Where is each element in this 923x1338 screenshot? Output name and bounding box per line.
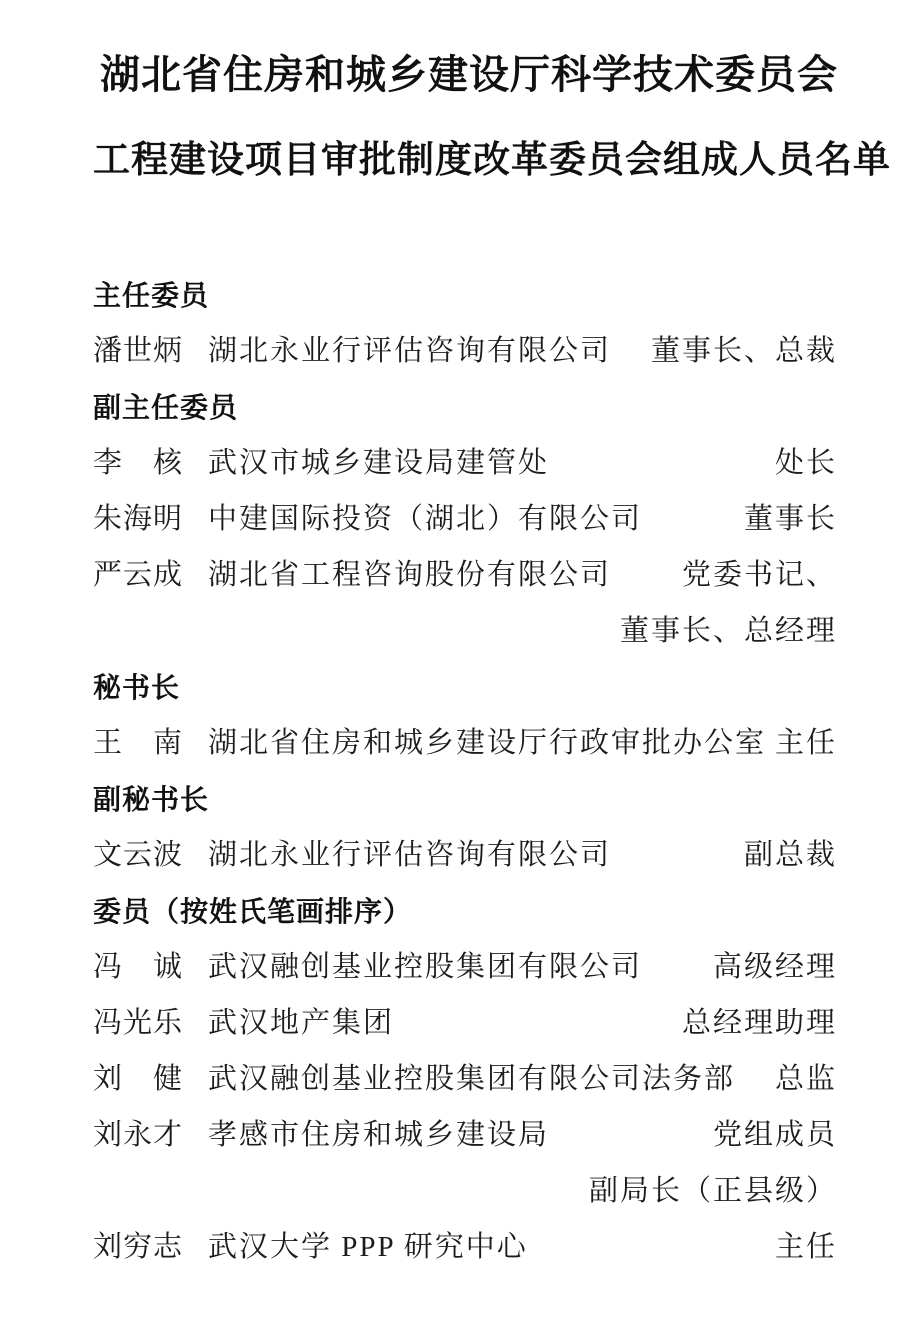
member-position: 董事长、总裁 bbox=[651, 337, 845, 366]
member-row: 王 南 湖北省住房和城乡建设厅行政审批办公室 主任 bbox=[93, 716, 845, 772]
member-organization: 武汉地产集团 bbox=[208, 1009, 682, 1038]
member-position-continuation: 董事长、总经理 bbox=[93, 604, 845, 660]
member-name: 冯光乐 bbox=[93, 1009, 208, 1038]
member-position: 总监 bbox=[775, 1065, 845, 1094]
section-heading-deputy-secretary-general: 副秘书长 bbox=[93, 772, 845, 828]
member-position: 副总裁 bbox=[744, 841, 845, 870]
member-organization: 湖北省工程咨询股份有限公司 bbox=[208, 561, 682, 590]
member-position: 总经理助理 bbox=[682, 1009, 845, 1038]
member-name: 刘穷志 bbox=[93, 1233, 208, 1262]
title-line-2: 工程建设项目审批制度改革委员会组成人员名单 bbox=[93, 140, 845, 183]
member-row: 严云成 湖北省工程咨询股份有限公司 党委书记、 bbox=[93, 548, 845, 604]
member-name: 潘世炳 bbox=[93, 337, 208, 366]
member-organization: 武汉融创基业控股集团有限公司 bbox=[208, 953, 713, 982]
member-name: 李 核 bbox=[93, 449, 208, 478]
member-organization: 武汉融创基业控股集团有限公司法务部 bbox=[208, 1065, 775, 1094]
section-heading-members: 委员（按姓氏笔画排序） bbox=[93, 884, 845, 940]
member-name: 王 南 bbox=[93, 729, 208, 758]
member-name: 刘 健 bbox=[93, 1065, 208, 1094]
member-position: 处长 bbox=[775, 449, 845, 478]
member-row: 刘穷志 武汉大学 PPP 研究中心 主任 bbox=[93, 1220, 845, 1276]
member-row: 刘永才 孝感市住房和城乡建设局 党组成员 bbox=[93, 1108, 845, 1164]
member-name: 严云成 bbox=[93, 561, 208, 590]
member-organization: 湖北永业行评估咨询有限公司 bbox=[208, 841, 744, 870]
member-position: 党组成员 bbox=[713, 1121, 845, 1150]
member-organization: 孝感市住房和城乡建设局 bbox=[208, 1121, 713, 1150]
member-organization: 中建国际投资（湖北）有限公司 bbox=[208, 505, 744, 534]
member-name: 文云波 bbox=[93, 841, 208, 870]
member-name: 冯 诚 bbox=[93, 953, 208, 982]
section-heading-vice-chairman: 副主任委员 bbox=[93, 380, 845, 436]
member-position-continuation: 副局长（正县级） bbox=[93, 1164, 845, 1220]
member-name: 刘永才 bbox=[93, 1121, 208, 1150]
member-organization: 武汉大学 PPP 研究中心 bbox=[208, 1233, 775, 1262]
member-name: 朱海明 bbox=[93, 505, 208, 534]
member-organization: 湖北省住房和城乡建设厅行政审批办公室 bbox=[208, 729, 775, 758]
member-list: 主任委员 潘世炳 湖北永业行评估咨询有限公司 董事长、总裁 副主任委员 李 核 … bbox=[93, 268, 845, 1276]
member-row: 冯光乐 武汉地产集团 总经理助理 bbox=[93, 996, 845, 1052]
member-row: 冯 诚 武汉融创基业控股集团有限公司 高级经理 bbox=[93, 940, 845, 996]
member-organization: 湖北永业行评估咨询有限公司 bbox=[208, 337, 651, 366]
document-title: 湖北省住房和城乡建设厅科学技术委员会 工程建设项目审批制度改革委员会组成人员名单 bbox=[93, 52, 845, 183]
document-page: 湖北省住房和城乡建设厅科学技术委员会 工程建设项目审批制度改革委员会组成人员名单… bbox=[0, 0, 923, 1338]
member-position: 党委书记、 bbox=[682, 561, 845, 590]
member-row: 刘 健 武汉融创基业控股集团有限公司法务部 总监 bbox=[93, 1052, 845, 1108]
member-position: 董事长、总经理 bbox=[620, 617, 845, 646]
section-heading-chairman: 主任委员 bbox=[93, 268, 845, 324]
section-heading-secretary-general: 秘书长 bbox=[93, 660, 845, 716]
member-row: 潘世炳 湖北永业行评估咨询有限公司 董事长、总裁 bbox=[93, 324, 845, 380]
member-row: 文云波 湖北永业行评估咨询有限公司 副总裁 bbox=[93, 828, 845, 884]
member-organization: 武汉市城乡建设局建管处 bbox=[208, 449, 775, 478]
title-line-1: 湖北省住房和城乡建设厅科学技术委员会 bbox=[93, 52, 845, 98]
member-position: 董事长 bbox=[744, 505, 845, 534]
member-position: 副局长（正县级） bbox=[589, 1177, 845, 1206]
member-position: 高级经理 bbox=[713, 953, 845, 982]
member-position: 主任 bbox=[775, 1233, 845, 1262]
member-row: 朱海明 中建国际投资（湖北）有限公司 董事长 bbox=[93, 492, 845, 548]
member-row: 李 核 武汉市城乡建设局建管处 处长 bbox=[93, 436, 845, 492]
member-position: 主任 bbox=[775, 729, 845, 758]
